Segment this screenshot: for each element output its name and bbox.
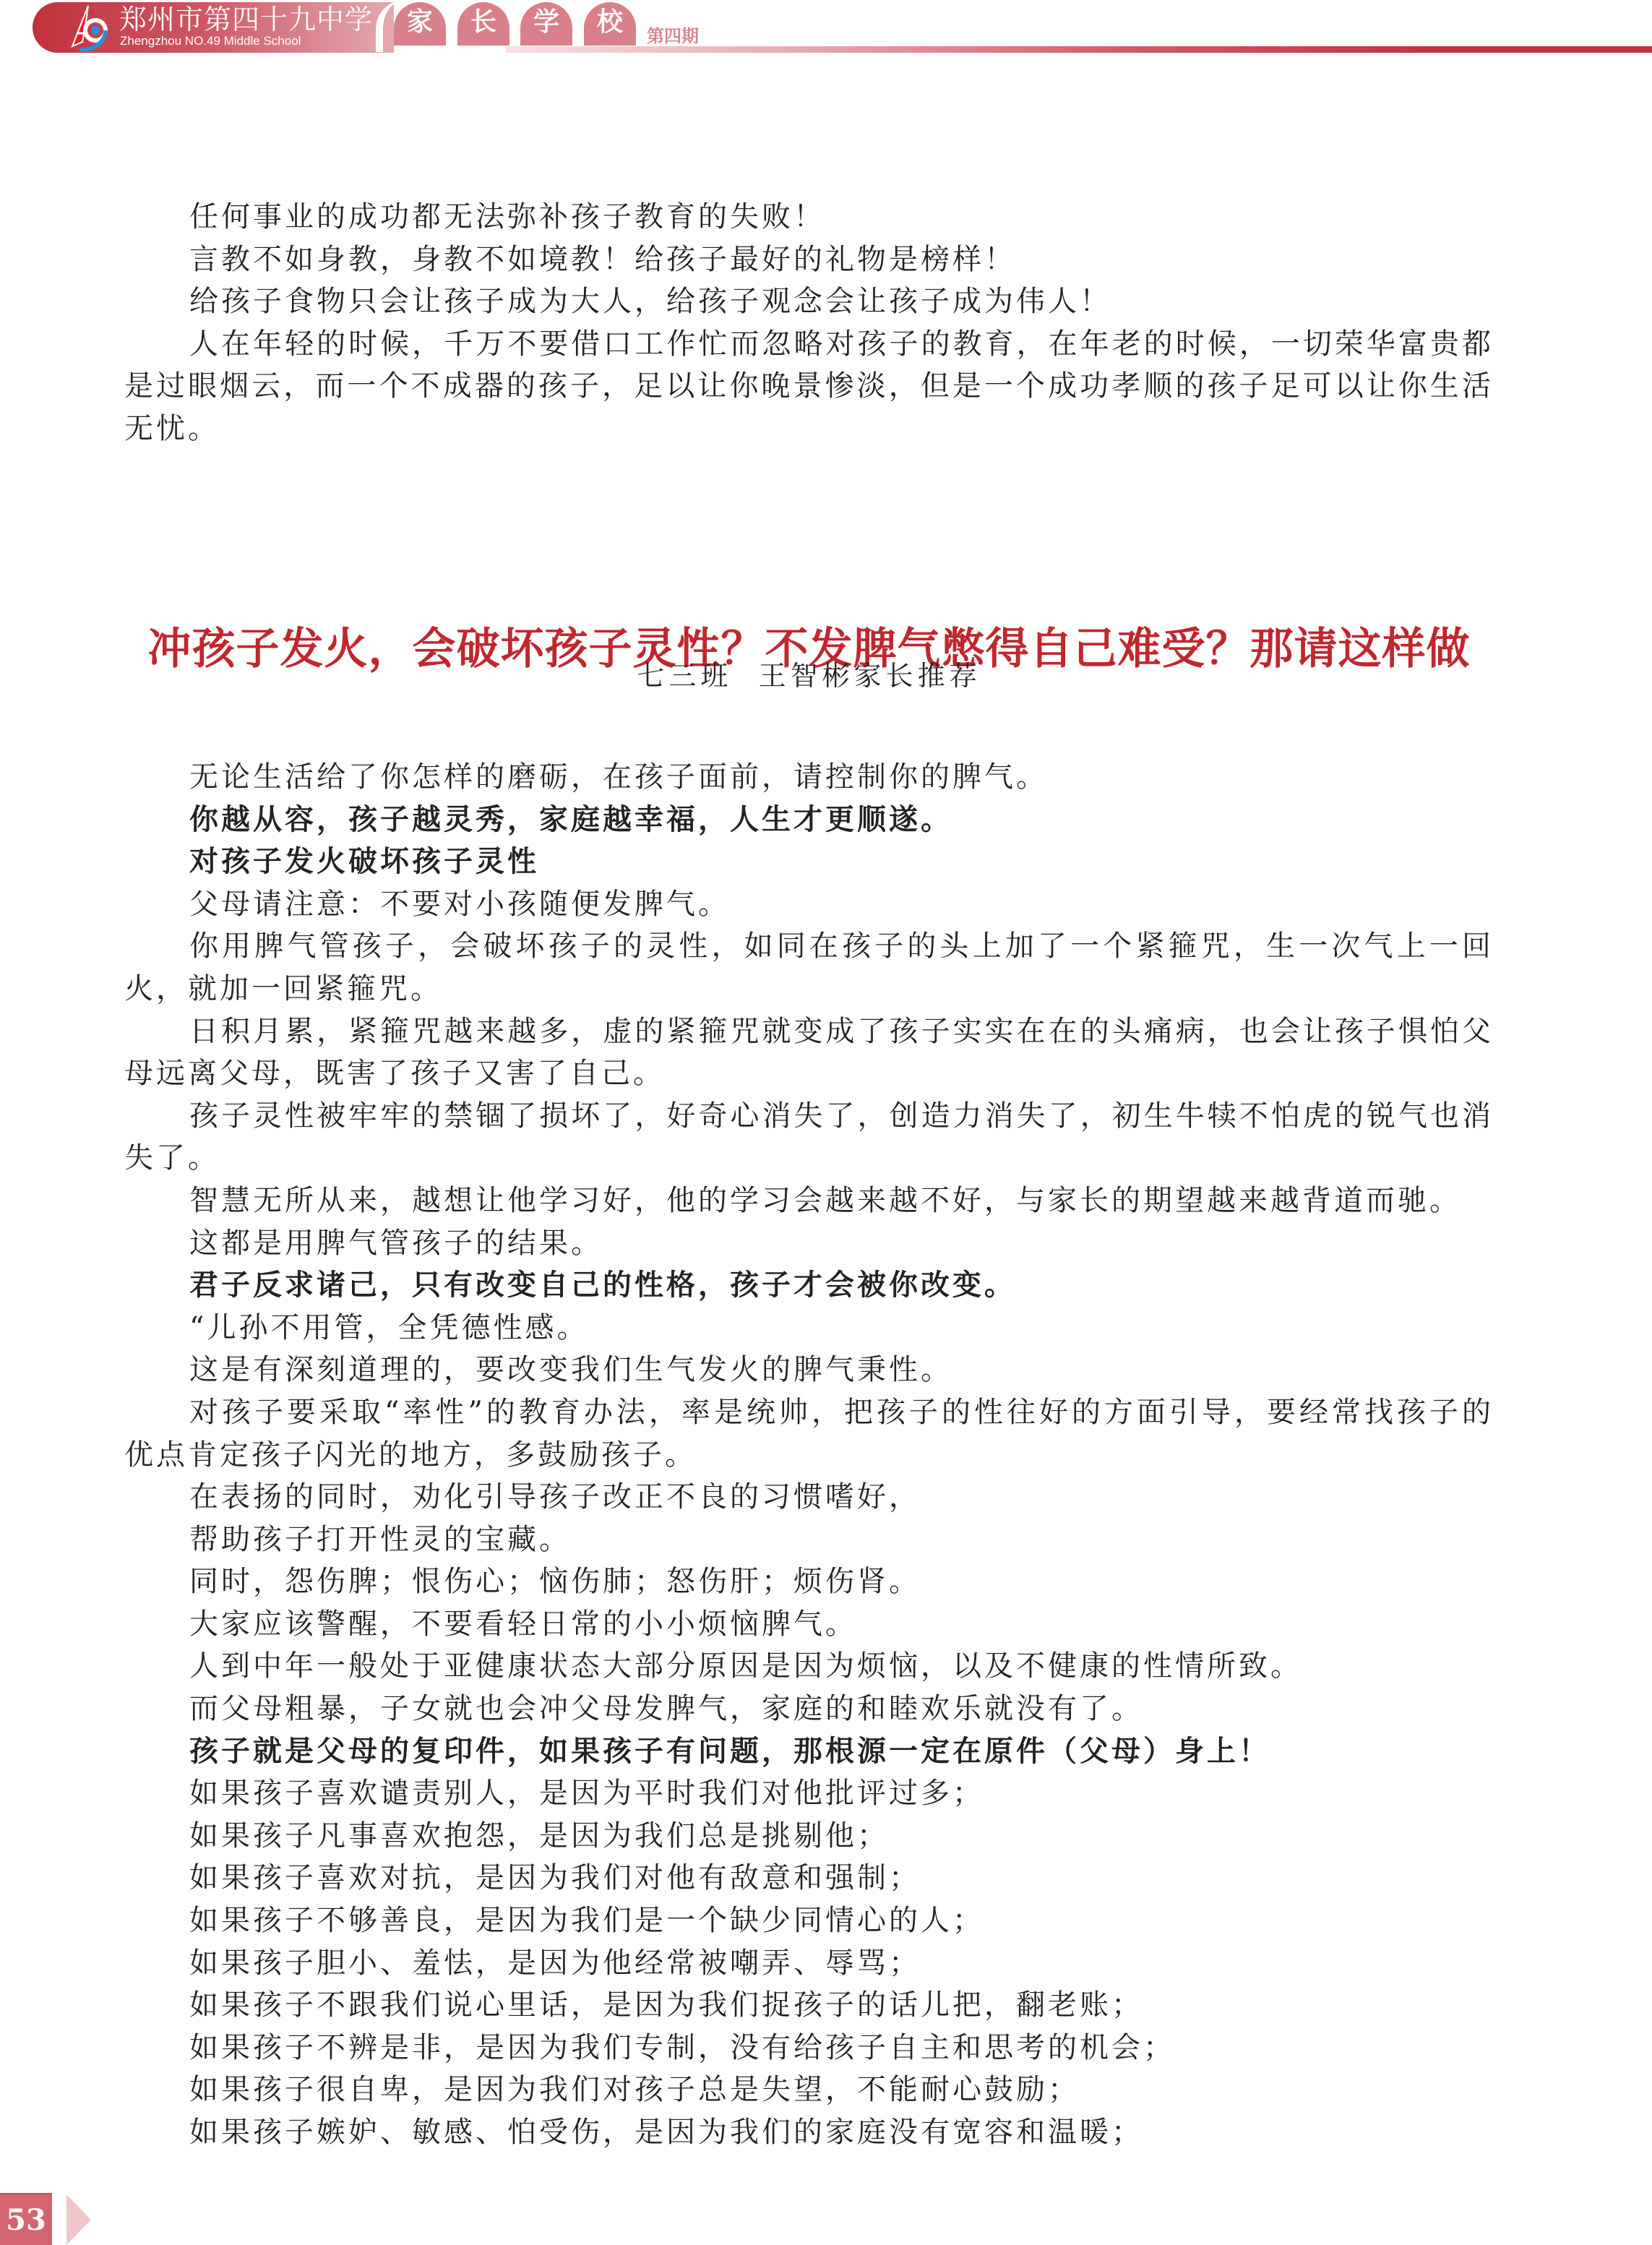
article-paragraph-emphasis: 孩子就是父母的复印件，如果孩子有问题，那根源一定在原件（父母）身上！	[124, 1730, 1494, 1773]
school-name-cn: 郑州市第四十九中学	[119, 4, 373, 35]
article-list-item: 如果孩子凡事喜欢抱怨，是因为我们总是挑剔他；	[124, 1815, 1494, 1858]
article-list-item: 如果孩子喜欢谴责别人，是因为平时我们对他批评过多；	[124, 1772, 1494, 1815]
article-paragraph-emphasis: 君子反求诸己，只有改变自己的性格，孩子才会被你改变。	[124, 1264, 1494, 1307]
article-paragraph: 父母请注意：不要对小孩随便发脾气。	[124, 883, 1494, 926]
article-list-item: 如果孩子很自卑，是因为我们对孩子总是失望，不能耐心鼓励；	[124, 2069, 1494, 2111]
article-list-item: 如果孩子嫉妒、敏感、怕受伤，是因为我们的家庭没有宽容和温暖；	[124, 2111, 1494, 2154]
article-paragraph: 大家应该警醒，不要看轻日常的小小烦恼脾气。	[124, 1603, 1494, 1646]
article-paragraph: 这都是用脾气管孩子的结果。	[124, 1222, 1494, 1265]
intro-paragraph: 任何事业的成功都无法弥补孩子教育的失败！	[124, 196, 1494, 239]
article-paragraph: 孩子灵性被牢牢的禁锢了损坏了，好奇心消失了，创造力消失了，初生牛犊不怕虎的锐气也…	[124, 1095, 1494, 1180]
article-list-item: 如果孩子喜欢对抗，是因为我们对他有敌意和强制；	[124, 1857, 1494, 1900]
article-list-item: 如果孩子不够善良，是因为我们是一个缺少同情心的人；	[124, 1900, 1494, 1942]
article-subheading: 对孩子发火破坏孩子灵性	[124, 841, 1494, 883]
article-paragraph: 智慧无所从来，越想让他学习好，他的学习会越来越不好，与家长的期望越来越背道而驰。	[124, 1180, 1494, 1222]
article-paragraph: 这是有深刻道理的，要改变我们生气发火的脾气秉性。	[124, 1349, 1494, 1391]
article-paragraph: 帮助孩子打开性灵的宝藏。	[124, 1519, 1494, 1561]
article-paragraph: 无论生活给了你怎样的磨砺，在孩子面前，请控制你的脾气。	[124, 756, 1494, 799]
page-number: 53	[0, 2193, 52, 2245]
school-name-en: Zhengzhou NO.49 Middle School	[120, 34, 301, 48]
triangle-right-icon	[66, 2194, 91, 2245]
article-paragraph: 人到中年一般处于亚健康状态大部分原因是因为烦恼，以及不健康的性情所致。	[124, 1645, 1494, 1688]
article-list-item: 如果孩子不辨是非，是因为我们专制，没有给孩子自主和思考的机会；	[124, 2027, 1494, 2069]
intro-paragraph: 给孩子食物只会让孩子成为大人，给孩子观念会让孩子成为伟人！	[124, 280, 1494, 323]
column-char-4: 校	[584, 2, 636, 46]
column-char-3: 学	[520, 2, 572, 46]
article-list-item: 如果孩子胆小、羞怯，是因为他经常被嘲弄、辱骂；	[124, 1942, 1494, 1985]
article-paragraph: 而父母粗暴，子女就也会冲父母发脾气，家庭的和睦欢乐就没有了。	[124, 1688, 1494, 1730]
article-paragraph: 在表扬的同时，劝化引导孩子改正不良的习惯嗜好，	[124, 1476, 1494, 1519]
school-49-logo-icon	[66, 4, 111, 52]
header-rule	[506, 46, 1652, 53]
article-paragraph: 你用脾气管孩子，会破坏孩子的灵性，如同在孩子的头上加了一个紧箍咒，生一次气上一回…	[124, 925, 1494, 1010]
issue-label: 第四期	[647, 26, 699, 46]
article-list-item: 如果孩子不跟我们说心里话，是因为我们捉孩子的话儿把，翻老账；	[124, 1984, 1494, 2027]
article-paragraph: 日积月累，紧箍咒越来越多，虚的紧箍咒就变成了孩子实实在在的头痛病，也会让孩子惧怕…	[124, 1010, 1494, 1095]
article-body: 无论生活给了你怎样的磨砺，在孩子面前，请控制你的脾气。 你越从容，孩子越灵秀，家…	[124, 756, 1494, 2154]
article-paragraph-emphasis: 你越从容，孩子越灵秀，家庭越幸福，人生才更顺遂。	[124, 799, 1494, 841]
article-paragraph: 对孩子要采取“率性”的教育办法，率是统帅，把孩子的性往好的方面引导，要经常找孩子…	[124, 1391, 1494, 1476]
intro-paragraph: 言教不如身教，身教不如境教！给孩子最好的礼物是榜样！	[124, 239, 1494, 281]
article-byline: 七三班 王智彬家长推荐	[124, 658, 1494, 694]
article-paragraph: “儿孙不用管，全凭德性感。	[124, 1307, 1494, 1349]
article-paragraph: 同时，怨伤脾；恨伤心；恼伤肺；怒伤肝；烦伤肾。	[124, 1561, 1494, 1603]
intro-paragraph: 人在年轻的时候，千万不要借口工作忙而忽略对孩子的教育，在年老的时候，一切荣华富贵…	[124, 323, 1494, 450]
intro-section: 任何事业的成功都无法弥补孩子教育的失败！ 言教不如身教，身教不如境教！给孩子最好…	[124, 196, 1494, 450]
